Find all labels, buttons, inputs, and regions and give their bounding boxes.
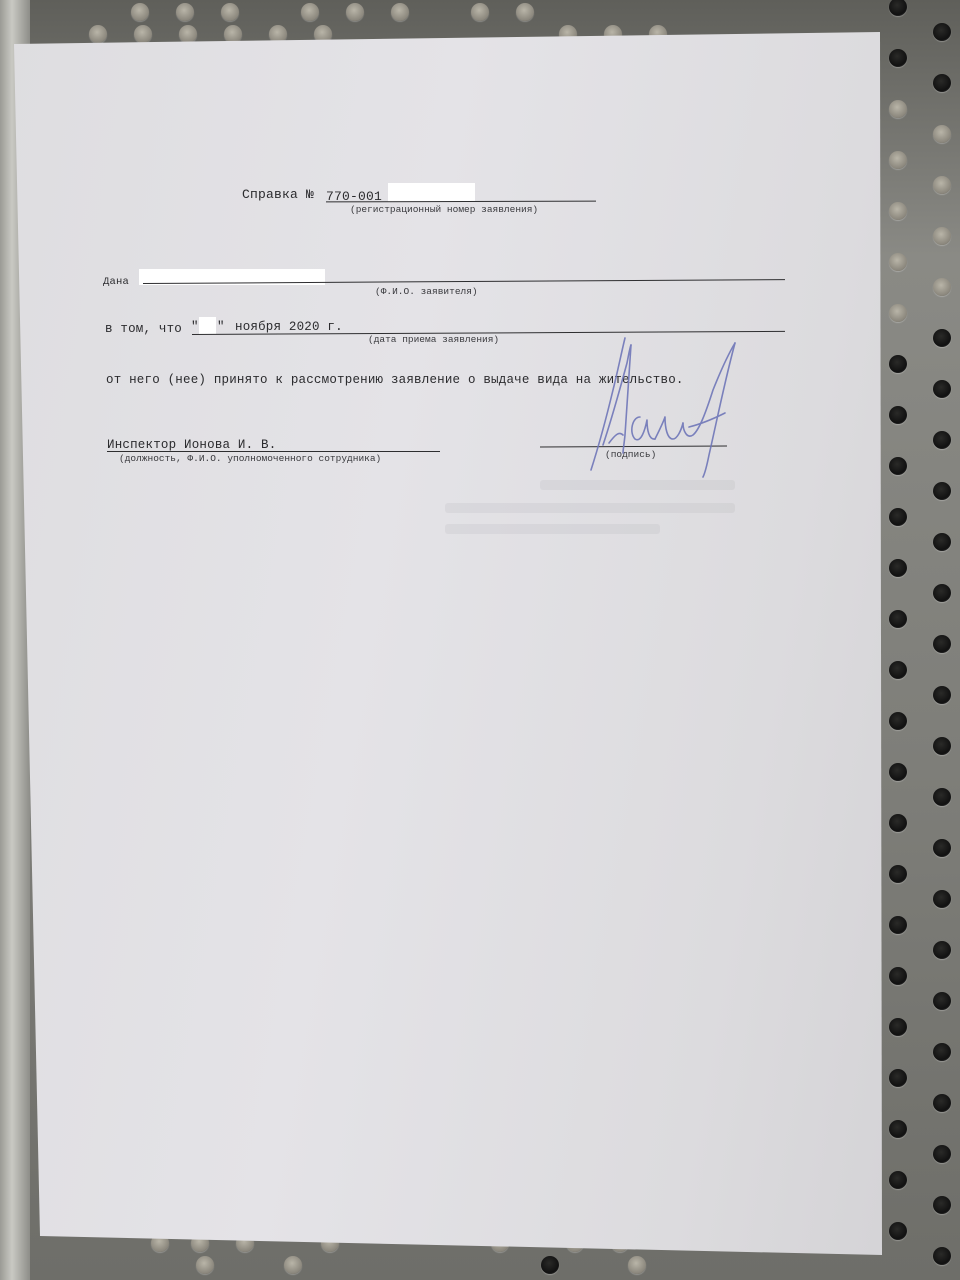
pegboard-hole <box>889 508 907 526</box>
pegboard-hole <box>933 176 951 194</box>
pegboard-hole <box>176 3 194 21</box>
pegboard-hole <box>889 1069 907 1087</box>
applicant-caption: (Ф.И.О. заявителя) <box>375 286 478 297</box>
pegboard-hole <box>889 916 907 934</box>
pegboard-hole <box>131 3 149 21</box>
pegboard-hole <box>933 686 951 704</box>
pegboard-hole <box>933 278 951 296</box>
pegboard-hole <box>933 992 951 1010</box>
pegboard-hole <box>889 202 907 220</box>
pegboard-hole <box>346 3 364 21</box>
pegboard-hole <box>889 967 907 985</box>
pegboard-hole <box>933 941 951 959</box>
given-label: Дана <box>103 276 129 288</box>
bleed-through-text <box>445 524 660 534</box>
pegboard-hole <box>196 1256 214 1274</box>
pegboard-hole <box>889 1018 907 1036</box>
pegboard-hole <box>933 125 951 143</box>
pegboard-hole <box>889 49 907 67</box>
pegboard-hole <box>889 1222 907 1240</box>
pegboard-hole <box>933 482 951 500</box>
pegboard-hole <box>516 3 534 21</box>
officer-caption: (должность, Ф.И.О. уполномоченного сотру… <box>119 453 381 464</box>
pegboard-hole <box>933 1094 951 1112</box>
document-sheet: Справка № 770-001 (регистрационный номер… <box>0 0 960 1280</box>
pegboard-hole <box>889 1171 907 1189</box>
pegboard-hole <box>933 74 951 92</box>
pegboard-hole <box>889 814 907 832</box>
handwritten-signature <box>585 335 755 485</box>
pegboard-hole <box>889 763 907 781</box>
pegboard-hole <box>284 1256 302 1274</box>
date-caption: (дата приема заявления) <box>368 334 499 345</box>
pegboard-hole <box>889 457 907 475</box>
pegboard-hole <box>889 610 907 628</box>
pegboard-hole <box>889 355 907 373</box>
pegboard-hole <box>889 151 907 169</box>
pegboard-hole <box>933 431 951 449</box>
officer-name: Инспектор Ионова И. В. <box>107 438 276 452</box>
certificate-title: Справка № <box>242 187 314 202</box>
pegboard-hole <box>889 559 907 577</box>
bleed-through-text <box>445 503 735 513</box>
pegboard-hole <box>933 380 951 398</box>
pegboard-hole <box>933 533 951 551</box>
redaction-day <box>199 317 216 334</box>
pegboard-hole <box>889 0 907 16</box>
date-open-quote: " <box>191 320 199 334</box>
pegboard-hole <box>933 839 951 857</box>
pegboard-hole <box>224 25 242 43</box>
pegboard-hole <box>933 1043 951 1061</box>
officer-line <box>107 451 440 452</box>
pegboard-hole <box>933 329 951 347</box>
pegboard-hole <box>134 25 152 43</box>
pegboard-hole <box>889 1120 907 1138</box>
pegboard-hole <box>179 25 197 43</box>
pegboard-hole <box>889 661 907 679</box>
date-month-year: ноября 2020 г. <box>235 320 343 334</box>
pegboard-hole <box>628 1256 646 1274</box>
pegboard-hole <box>889 100 907 118</box>
reg-number-line <box>326 201 596 203</box>
pegboard-hole <box>933 584 951 602</box>
pegboard-hole <box>889 253 907 271</box>
pegboard-hole <box>933 890 951 908</box>
date-close-quote: " <box>217 320 225 334</box>
date-prefix: в том, что <box>105 322 182 336</box>
pegboard-hole <box>933 635 951 653</box>
pegboard-hole <box>933 227 951 245</box>
reg-number-caption: (регистрационный номер заявления) <box>350 204 538 215</box>
pegboard-hole <box>471 3 489 21</box>
pegboard-hole <box>391 3 409 21</box>
pegboard-hole <box>221 3 239 21</box>
pegboard-hole <box>933 788 951 806</box>
pegboard-hole <box>933 23 951 41</box>
pegboard-hole <box>933 737 951 755</box>
pegboard-hole <box>541 1256 559 1274</box>
redaction-reg-number <box>388 183 475 202</box>
pegboard-hole <box>933 1145 951 1163</box>
pegboard-hole <box>89 25 107 43</box>
pegboard-hole <box>933 1196 951 1214</box>
pegboard-hole <box>889 712 907 730</box>
pegboard-hole <box>933 1247 951 1265</box>
pegboard-hole <box>889 406 907 424</box>
pegboard-hole <box>889 865 907 883</box>
pegboard-hole <box>301 3 319 21</box>
pegboard-hole <box>889 304 907 322</box>
